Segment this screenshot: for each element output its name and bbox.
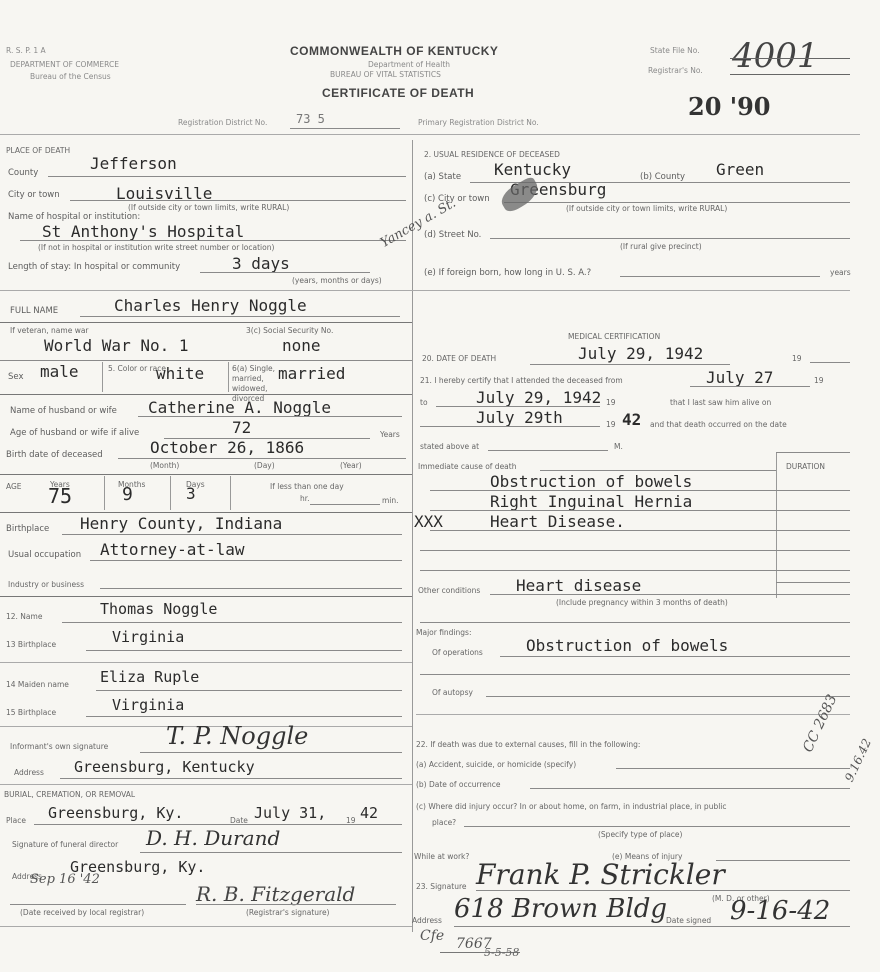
certifier-signature: Frank P. Strickler <box>476 858 725 891</box>
social-security-label: 3(c) Social Security No. <box>246 326 333 335</box>
bottom-note-3: 5-5-58 <box>484 946 519 959</box>
spouse-age-suffix: Years <box>380 430 400 439</box>
bureau-of-vital-statistics: BUREAU OF VITAL STATISTICS <box>330 70 441 79</box>
age-label: AGE <box>6 482 22 491</box>
foreign-born-label: (e) If foreign born, how long in U. S. A… <box>424 268 591 278</box>
county-label: County <box>8 168 38 178</box>
informant-address-value: Greensburg, Kentucky <box>74 758 255 776</box>
margin-note-cc: CC 2683 <box>800 692 840 755</box>
registrar-number: 20 '90 <box>688 92 771 121</box>
last-seen-year: 42 <box>622 410 641 429</box>
residence-state-value: Kentucky <box>494 160 571 179</box>
certifier-address-label: Address <box>412 916 442 925</box>
residence-county-value: Green <box>716 160 764 179</box>
age-months-value: 9 <box>122 484 133 505</box>
bureau-of-census: Bureau of the Census <box>30 72 111 81</box>
injury-place-note: (Specify type of place) <box>598 830 682 839</box>
burial-place-value: Greensburg, Ky. <box>48 804 183 822</box>
informant-signature: T. P. Noggle <box>166 722 308 750</box>
city-label: City or town <box>8 190 60 200</box>
injury-place-label-2: place? <box>432 818 456 827</box>
informant-signature-label: Informant's own signature <box>10 742 108 751</box>
stated-above-label: stated above at <box>420 442 479 451</box>
spouse-value: Catherine A. Noggle <box>148 398 331 417</box>
father-name-label: 12. Name <box>6 612 42 621</box>
occupation-value: Attorney-at-law <box>100 540 245 559</box>
color-value: white <box>156 364 204 383</box>
spouse-age-label: Age of husband or wife if alive <box>10 428 139 438</box>
birth-month-label: (Month) <box>150 461 179 470</box>
burial-date-value: July 31, <box>254 804 326 822</box>
street-note: (If rural give precinct) <box>620 242 702 251</box>
cause-line-1: Obstruction of bowels <box>490 472 692 491</box>
length-of-stay-note: (years, months or days) <box>292 276 382 285</box>
birth-date-label: Birth date of deceased <box>6 450 103 460</box>
registration-district-value: 73 5 <box>296 112 325 126</box>
father-name-value: Thomas Noggle <box>100 600 217 618</box>
veteran-value: World War No. 1 <box>44 336 189 355</box>
certificate-title: CERTIFICATE OF DEATH <box>322 86 474 100</box>
length-of-stay-label: Length of stay: In hospital or community <box>8 262 180 272</box>
residence-state-label: (a) State <box>424 172 461 182</box>
funeral-director-signature: D. H. Durand <box>146 826 280 850</box>
mother-birthplace-label: 15 Birthplace <box>6 708 56 717</box>
informant-address-label: Address <box>14 768 44 777</box>
last-seen-value: July 29th <box>476 408 563 427</box>
bottom-note-1: Cfe <box>420 928 444 944</box>
state-heading: COMMONWEALTH OF KENTUCKY <box>290 44 498 58</box>
death-occurred-label: and that death occurred on the date <box>650 420 787 429</box>
hospital-label: Name of hospital or institution: <box>8 212 140 222</box>
registrar-signature: R. B. Fitzgerald <box>196 882 355 906</box>
death-date-value: July 29, 1942 <box>578 344 703 363</box>
external-causes-heading: 22. If death was due to external causes,… <box>416 740 640 749</box>
father-birthplace-label: 13 Birthplace <box>6 640 56 649</box>
attended-to-value: July 29, 1942 <box>476 388 601 407</box>
age-years-value: 75 <box>48 484 72 508</box>
foreign-born-suffix: years <box>830 268 851 277</box>
attended-from-suffix: 19 <box>814 376 824 385</box>
date-received-label: (Date received by local registrar) <box>20 908 144 917</box>
department-of-health: Department of Health <box>368 60 450 69</box>
birth-year-label: (Year) <box>340 461 362 470</box>
certifier-address-value: 618 Brown Bldg <box>454 894 667 924</box>
cause-marker: XXX <box>414 512 443 531</box>
father-birthplace-value: Virginia <box>112 628 184 646</box>
autopsy-label: Of autopsy <box>432 688 473 697</box>
stated-above-suffix: M. <box>614 442 623 451</box>
registration-district-label: Registration District No. <box>178 118 267 127</box>
mother-birthplace-value: Virginia <box>112 696 184 714</box>
operations-value: Obstruction of bowels <box>526 636 728 655</box>
major-findings-label: Major findings: <box>416 628 471 637</box>
last-seen-label: that I last saw him alive on <box>670 398 771 407</box>
duration-label: DURATION <box>786 462 825 471</box>
burial-heading: BURIAL, CREMATION, OR REMOVAL <box>4 790 135 799</box>
cause-line-3: Heart Disease. <box>490 512 625 531</box>
full-name-label: FULL NAME <box>10 306 58 316</box>
residence-city-note: (If outside city or town limits, write R… <box>566 204 727 213</box>
form-code: R. S. P. 1 A <box>6 46 46 55</box>
medical-heading: MEDICAL CERTIFICATION <box>568 332 660 341</box>
certifier-signature-label: 23. Signature <box>416 882 467 891</box>
department-of-commerce: DEPARTMENT OF COMMERCE <box>10 60 119 69</box>
length-of-stay-value: 3 days <box>232 254 290 273</box>
hospital-note: (If not in hospital or institution write… <box>38 243 274 252</box>
attended-to-suffix: 19 <box>606 398 616 407</box>
place-of-death-heading: PLACE OF DEATH <box>6 146 70 155</box>
occupation-label: Usual occupation <box>8 550 81 560</box>
sex-value: male <box>40 362 79 381</box>
hospital-value: St Anthony's Hospital <box>42 222 244 241</box>
cause-line-2: Right Inguinal Hernia <box>490 492 692 511</box>
spouse-age-value: 72 <box>232 418 251 437</box>
full-name-value: Charles Henry Noggle <box>114 296 307 315</box>
other-conditions-value: Heart disease <box>516 576 641 595</box>
street-handwritten-note: Yancey a. St. <box>378 196 459 251</box>
death-date-label: 20. DATE OF DEATH <box>422 354 496 363</box>
date-signed-label: Date signed <box>666 916 711 925</box>
street-label: (d) Street No. <box>424 230 481 240</box>
while-at-work-label: While at work? <box>414 852 469 861</box>
operations-label: Of operations <box>432 648 483 657</box>
county-value: Jefferson <box>90 154 177 173</box>
mother-maiden-value: Eliza Ruple <box>100 668 199 686</box>
attended-from-label: 21. I hereby certify that I attended the… <box>420 376 623 385</box>
city-note: (If outside city or town limits, write R… <box>128 203 289 212</box>
industry-label: Industry or business <box>8 580 84 589</box>
residence-heading: 2. USUAL RESIDENCE OF DECEASED <box>424 150 560 159</box>
accident-label: (a) Accident, suicide, or homicide (spec… <box>416 760 576 769</box>
registrar-no-label: Registrar's No. <box>648 66 703 75</box>
injury-place-label: (c) Where did injury occur? In or about … <box>416 802 727 811</box>
immediate-cause-label: Immediate cause of death <box>418 462 516 471</box>
death-date-suffix: 19 <box>792 354 802 363</box>
burial-year: 42 <box>360 804 378 822</box>
age-less-label: If less than one day <box>270 482 344 491</box>
marital-status-value: married <box>278 364 345 383</box>
date-signed-value: 9-16-42 <box>730 896 830 926</box>
age-min-label: min. <box>382 496 399 505</box>
residence-county-label: (b) County <box>640 172 685 182</box>
sex-label: Sex <box>8 372 24 382</box>
attended-from-value: July 27 <box>706 368 773 387</box>
birth-day-label: (Day) <box>254 461 275 470</box>
birthplace-value: Henry County, Indiana <box>80 514 282 533</box>
burial-place-label: Place <box>6 816 26 825</box>
state-file-label: State File No. <box>650 46 700 55</box>
last-seen-year-prefix: 19 <box>606 420 616 429</box>
birth-date-value: October 26, 1866 <box>150 438 304 457</box>
social-security-value: none <box>282 336 321 355</box>
date-of-occurrence-label: (b) Date of occurrence <box>416 780 501 789</box>
registrar-signature-label: (Registrar's signature) <box>246 908 329 917</box>
residence-city-label: (c) City or town <box>424 194 490 204</box>
spouse-label: Name of husband or wife <box>10 406 117 416</box>
age-hr-label: hr. <box>300 494 310 503</box>
date-received-value: Sep 16 '42 <box>30 872 100 887</box>
veteran-label: If veteran, name war <box>10 326 89 335</box>
birthplace-label: Birthplace <box>6 524 49 534</box>
state-file-number: 4001 <box>732 36 819 76</box>
attended-to-label: to <box>420 398 428 407</box>
margin-note-date: 9.16.42 <box>842 736 874 783</box>
funeral-director-label: Signature of funeral director <box>12 840 118 849</box>
other-conditions-note: (Include pregnancy within 3 months of de… <box>556 598 728 607</box>
other-conditions-label: Other conditions <box>418 586 480 595</box>
mother-maiden-label: 14 Maiden name <box>6 680 69 689</box>
primary-registration-label: Primary Registration District No. <box>418 118 539 127</box>
age-days-value: 3 <box>186 484 196 503</box>
